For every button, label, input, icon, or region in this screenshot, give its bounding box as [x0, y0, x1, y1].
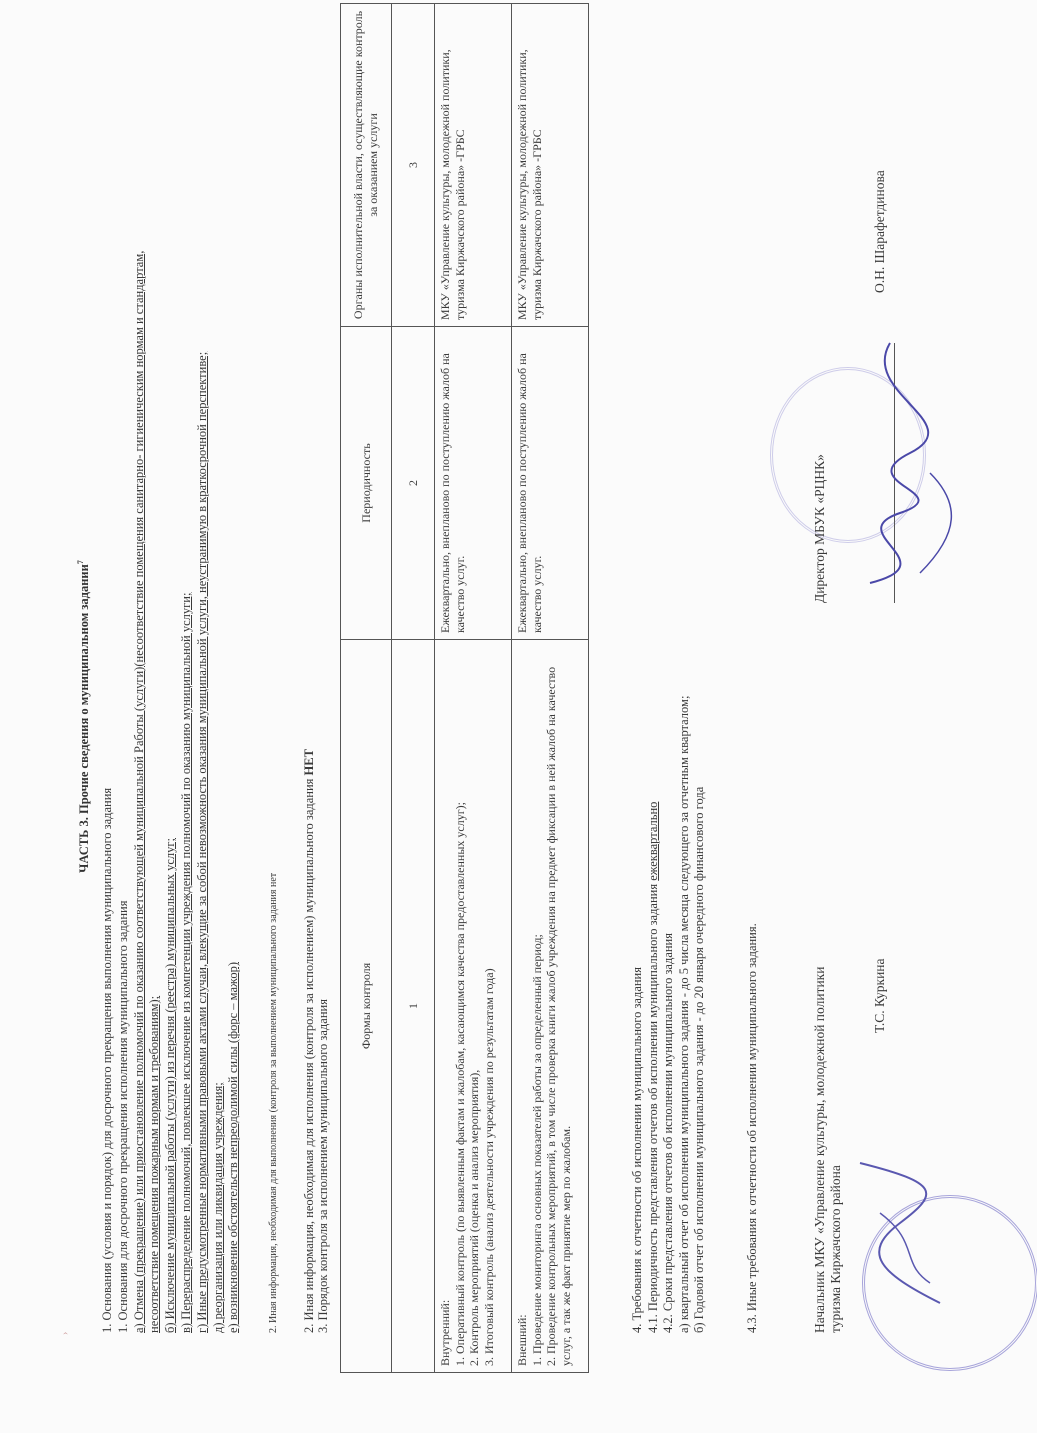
signatory-position: Директор МБУК «РЦНК» [812, 343, 828, 603]
cell-authority: МКУ «Управление культуры, молодежной пол… [435, 4, 512, 327]
sec1-line: е) возникновение обстоятельств непреодол… [226, 33, 242, 1333]
cell-periodicity: Ежеквартально, внепланово по поступлению… [512, 327, 589, 640]
title-footnote: 7 [76, 560, 85, 564]
section-4-2: 4.2. Сроки представления отчетов об испо… [661, 696, 677, 1333]
scan-artifact: › [60, 1332, 71, 1335]
form-item: 1. Оперативный контроль (по выявленным ф… [453, 646, 468, 1366]
signatory-position: Начальник МКУ «Управление культуры, моло… [812, 958, 828, 1333]
section-4-3: 4.3. Иные требования к отчетности об исп… [745, 923, 760, 1333]
section-2-value: НЕТ [302, 749, 316, 775]
section-2-3: 2. Иная информация, необходимая для испо… [302, 749, 330, 1333]
section-4-heading: 4. Требования к отчетности об исполнении… [630, 696, 646, 1333]
sec1-line: несоответствие помещения пожарным нормам… [147, 33, 163, 1333]
cell-control-form: Внешний: 1. Проведение мониторинга основ… [512, 640, 589, 1373]
table-row: Внешний: 1. Проведение мониторинга основ… [512, 4, 589, 1373]
header-authority: Органы исполнительной власти, осуществля… [341, 4, 392, 327]
col-number: 3 [392, 4, 435, 327]
col-number: 1 [392, 640, 435, 1373]
handwritten-signature-icon [840, 1153, 960, 1313]
cell-periodicity: Ежеквартально, внепланово по поступлению… [435, 327, 512, 640]
table-number-row: 1 2 3 [392, 4, 435, 1373]
header-periodicity: Периодичность [341, 327, 392, 640]
section-4-1-value: ежеквартально [646, 802, 660, 881]
form-item: 1. Проведение мониторинга основных показ… [530, 646, 545, 1366]
table-row: Внутренний: 1. Оперативный контроль (по … [435, 4, 512, 1373]
section-4-2-a: а) квартальный отчет об исполнении муниц… [677, 696, 693, 1333]
form-item: 2. Контроль мероприятий (оценка и анализ… [467, 646, 482, 1366]
table-header-row: Формы контроля Периодичность Органы испо… [341, 4, 392, 1373]
header-control-forms: Формы контроля [341, 640, 392, 1373]
control-table: Формы контроля Периодичность Органы испо… [340, 3, 589, 1373]
sec1-line: г) Иные предусмотренные нормативными пра… [195, 33, 211, 1333]
col-number: 2 [392, 327, 435, 640]
cell-control-form: Внутренний: 1. Оперативный контроль (по … [435, 640, 512, 1373]
title-text: ЧАСТЬ 3. Прочие сведения о муниципальном… [77, 564, 91, 873]
form-item: 3. Итоговый контроль (анализ деятельност… [482, 646, 497, 1366]
section-3-control-order: 3. Порядок контроля за исполнением муниц… [316, 749, 330, 1333]
handwritten-signature-icon [830, 333, 970, 593]
form-item: 2. Проведение контрольных мероприятий, в… [544, 646, 573, 1366]
sec1-line: а) Отмена (прекращение) или приостановле… [132, 33, 148, 1333]
signatory-name: Т.С. Куркина [872, 958, 888, 1033]
section-1-termination-grounds: 1. Основания (условия и порядок) для дос… [100, 33, 242, 1333]
section-4-1-text: 4.1. Периодичность представления отчетов… [646, 884, 660, 1333]
section-4-reporting: 4. Требования к отчетности об исполнении… [630, 696, 708, 1333]
page-title: ЧАСТЬ 3. Прочие сведения о муниципальном… [76, 0, 92, 1433]
cell-authority: МКУ «Управление культуры, молодежной пол… [512, 4, 589, 327]
section-2-small-note: 2. Иная информация, необходимая для выпо… [268, 873, 279, 1333]
sec1-line: 1. Основания для досрочного прекращения … [116, 33, 132, 1333]
form-title: Внутренний: [438, 646, 453, 1366]
section-2-text: 2. Иная информация, необходимая для испо… [302, 779, 316, 1333]
section-4-1: 4.1. Периодичность представления отчетов… [646, 696, 662, 1333]
sec1-line: в) Перераспределение полномочий, повлекш… [179, 33, 195, 1333]
document-page: › ЧАСТЬ 3. Прочие сведения о муниципальн… [0, 0, 1037, 1433]
section-4-2-b: б) Годовой отчет об исполнении муниципал… [692, 696, 708, 1333]
sec1-line: 1. Основания (условия и порядок) для дос… [100, 33, 116, 1333]
sec1-line: б) Исключение муниципальной работы (услу… [163, 33, 179, 1333]
sec1-line: д) реорганизация или ликвидация учрежден… [211, 33, 227, 1333]
form-title: Внешний: [515, 646, 530, 1366]
signatory-name: О.Н. Шарафетдинова [872, 170, 888, 293]
section-2-other-info: 2. Иная информация, необходимая для испо… [302, 749, 316, 1333]
